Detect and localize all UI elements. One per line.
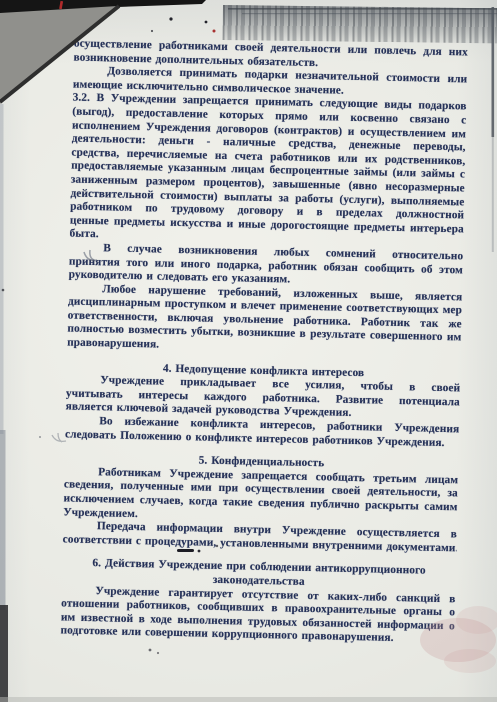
document-text: осуществление работниками своей деятельн…	[60, 38, 468, 648]
scan-line-top-2	[242, 13, 497, 14]
scan-edge-left-mid	[0, 430, 6, 610]
scan-edge-left-dark	[0, 605, 8, 702]
ink-speck-1	[169, 17, 172, 20]
paragraph: 3.2. В Учреждении запрещается принимать …	[69, 92, 466, 250]
scan-edge-right	[492, 7, 495, 137]
red-mark-dot	[213, 30, 216, 33]
scanned-page: осуществление работниками своей деятельн…	[0, 0, 497, 702]
paragraph: Работникам Учреждение запрещается сообща…	[63, 465, 458, 528]
scan-line-top-1	[228, 8, 497, 10]
paragraph: Любое нарушение требований, изложенных в…	[67, 282, 462, 359]
ink-speck-4	[149, 649, 152, 652]
scan-edge-right-fade	[492, 137, 494, 252]
paragraph: Учреждение гарантирует отсутствие от как…	[60, 584, 455, 647]
scan-edge-left-faint	[0, 104, 4, 434]
stain-pink-3	[444, 649, 496, 673]
ink-speck-2	[205, 21, 208, 24]
ink-speck-3	[151, 30, 153, 32]
red-mark-tick	[59, 1, 63, 9]
scan-shadow-top-band	[223, 5, 497, 43]
ink-speck-5	[157, 652, 159, 654]
scan-edge-top-bar	[0, 0, 206, 14]
ink-speck-6	[2, 289, 5, 292]
margin-dot	[39, 436, 41, 438]
stain-pink-2	[456, 606, 497, 634]
scan-edge-bottom	[0, 697, 497, 702]
